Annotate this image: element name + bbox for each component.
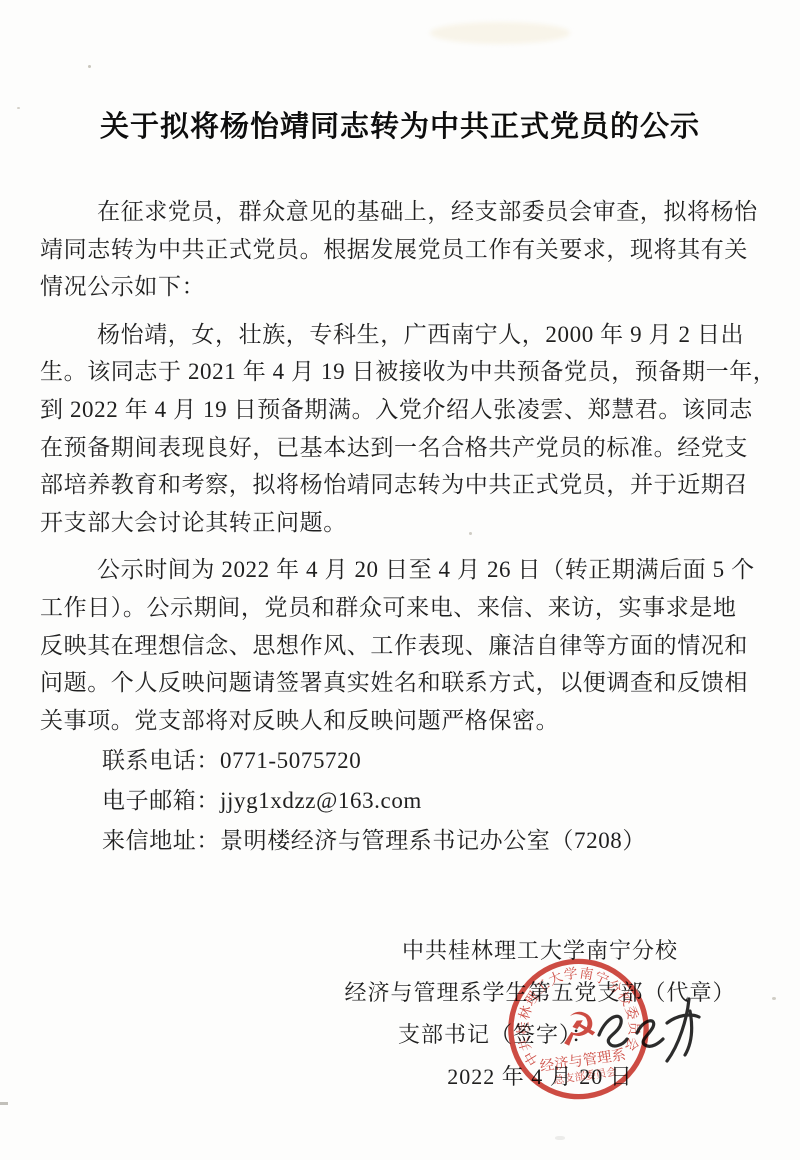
body-line: 问题。个人反映问题请签署真实姓名和联系方式，以便调查和反馈相 (40, 664, 788, 702)
body-line: 工作日）。公示期间，党员和群众可来电、来信、来访，实事求是地 (40, 589, 788, 627)
contact-address-label: 来信地址： (102, 828, 220, 853)
scan-smudge (430, 22, 570, 44)
paragraph-2: 杨怡靖，女，壮族，专科生，广西南宁人，2000 年 9 月 2 日出 生。该同志… (40, 316, 788, 542)
body-line: 杨怡靖，女，壮族，专科生，广西南宁人，2000 年 9 月 2 日出 (40, 316, 788, 354)
body-line: 公示时间为 2022 年 4 月 20 日至 4 月 26 日（转正期满后面 5… (40, 551, 788, 589)
scan-speck (469, 532, 472, 535)
document-page: 关于拟将杨怡靖同志转为中共正式党员的公示 在征求党员，群众意见的基础上，经支部委… (0, 0, 800, 1160)
body-line: 生。该同志于 2021 年 4 月 19 日被接收为中共预备党员，预备期一年， (40, 353, 788, 391)
scan-speck (234, 712, 236, 715)
body-line: 在预备期间表现良好，已基本达到一名合格共产党员的标准。经党支 (40, 429, 788, 467)
document-body: 在征求党员，群众意见的基础上，经支部委员会审查，拟将杨怡 靖同志转为中共正式党员… (0, 193, 800, 861)
body-line: 在征求党员，群众意见的基础上，经支部委员会审查，拟将杨怡 (40, 193, 788, 231)
body-line: 关事项。党支部将对反映人和反映问题严格保密。 (40, 702, 788, 740)
contact-phone: 联系电话：0771-5075720 (40, 741, 788, 781)
scan-speck (88, 65, 91, 68)
scan-speck (555, 1136, 565, 1140)
scan-speck (17, 107, 20, 109)
secretary-signature-handwriting (593, 993, 705, 1068)
body-line: 靖同志转为中共正式党员。根据发展党员工作有关要求，现将其有关 (40, 231, 788, 269)
body-line: 开支部大会讨论其转正问题。 (40, 504, 788, 542)
contact-email-label: 电子邮箱： (102, 788, 220, 813)
contact-address-value: 景明楼经济与管理系书记办公室（7208） (220, 828, 646, 853)
contact-email: 电子邮箱：jjyg1xdzz@163.com (40, 781, 788, 821)
body-line: 部培养教育和考察，拟将杨怡靖同志转为中共正式党员，并于近期召 (40, 466, 788, 504)
contact-info: 联系电话：0771-5075720 电子邮箱：jjyg1xdzz@163.com… (40, 741, 788, 861)
body-line: 情况公示如下： (40, 268, 788, 306)
contact-phone-value: 0771-5075720 (220, 748, 361, 773)
page-title: 关于拟将杨怡靖同志转为中共正式党员的公示 (0, 0, 800, 145)
contact-address: 来信地址：景明楼经济与管理系书记办公室（7208） (40, 821, 788, 861)
paragraph-3: 公示时间为 2022 年 4 月 20 日至 4 月 26 日（转正期满后面 5… (40, 551, 788, 739)
body-line: 到 2022 年 4 月 19 日预备期满。入党介绍人张凌雲、郑慧君。该同志 (40, 391, 788, 429)
contact-email-value: jjyg1xdzz@163.com (220, 788, 422, 813)
scan-speck (772, 997, 776, 1000)
scan-speck (0, 1102, 8, 1105)
paragraph-1: 在征求党员，群众意见的基础上，经支部委员会审查，拟将杨怡 靖同志转为中共正式党员… (40, 193, 788, 306)
contact-phone-label: 联系电话： (102, 748, 220, 773)
body-line: 反映其在理想信念、思想作风、工作表现、廉洁自律等方面的情况和 (40, 627, 788, 665)
